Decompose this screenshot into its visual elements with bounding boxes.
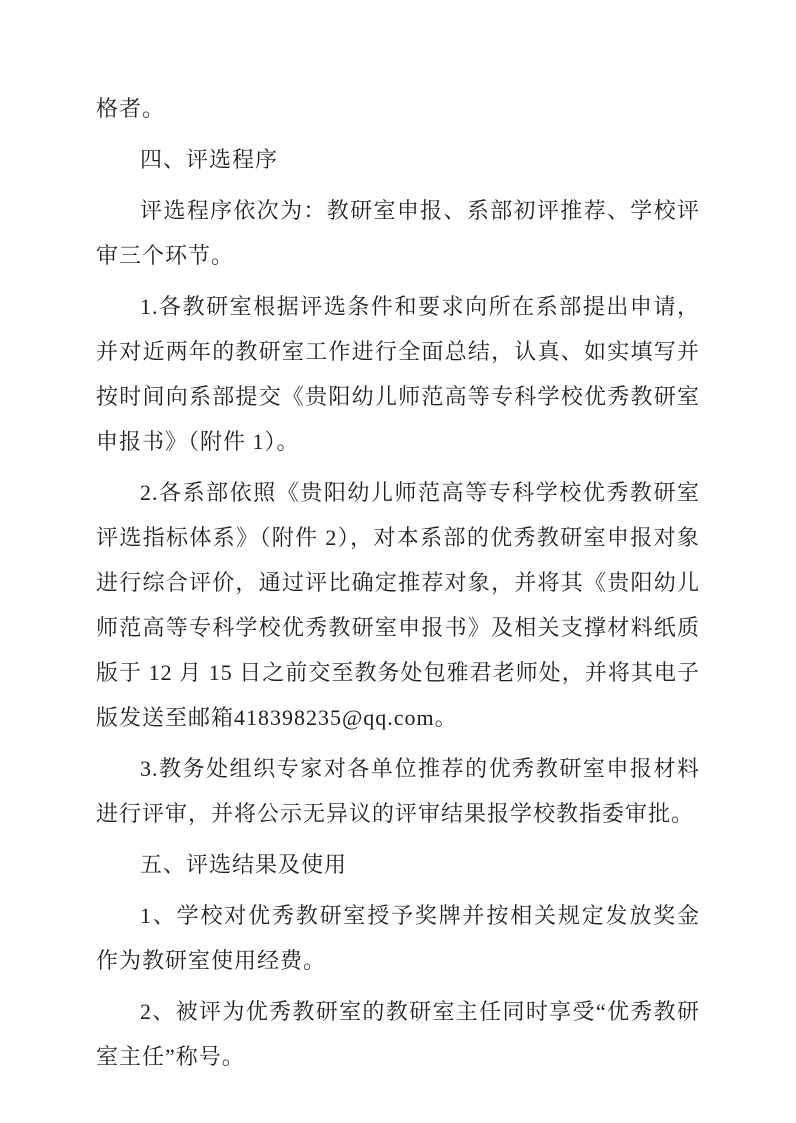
paragraph-result-item-2: 2、被评为优秀教研室的教研室主任同时享受“优秀教研室主任”称号。 <box>96 989 700 1079</box>
paragraph-continuation: 格者。 <box>96 86 700 131</box>
paragraph-procedure-step-1: 1.各教研室根据评选条件和要求向所在系部提出申请，并对近两年的教研室工作进行全面… <box>96 284 700 464</box>
document-page: 格者。 四、评选程序 评选程序依次为：教研室申报、系部初评推荐、学校评审三个环节… <box>0 0 796 1123</box>
paragraph-result-item-1: 1、学校对优秀教研室授予奖牌并按相关规定发放奖金作为教研室使用经费。 <box>96 893 700 983</box>
paragraph-procedure-overview: 评选程序依次为：教研室申报、系部初评推荐、学校评审三个环节。 <box>96 188 700 278</box>
heading-section-four-selection-procedure: 四、评选程序 <box>96 137 700 182</box>
paragraph-procedure-step-3: 3.教务处组织专家对各单位推荐的优秀教研室申报材料进行评审，并将公示无异议的评审… <box>96 746 700 836</box>
heading-section-five-results-and-use: 五、评选结果及使用 <box>96 842 700 887</box>
paragraph-procedure-step-2: 2.各系部依照《贵阳幼儿师范高等专科学校优秀教研室评选指标体系》（附件 2），对… <box>96 470 700 740</box>
